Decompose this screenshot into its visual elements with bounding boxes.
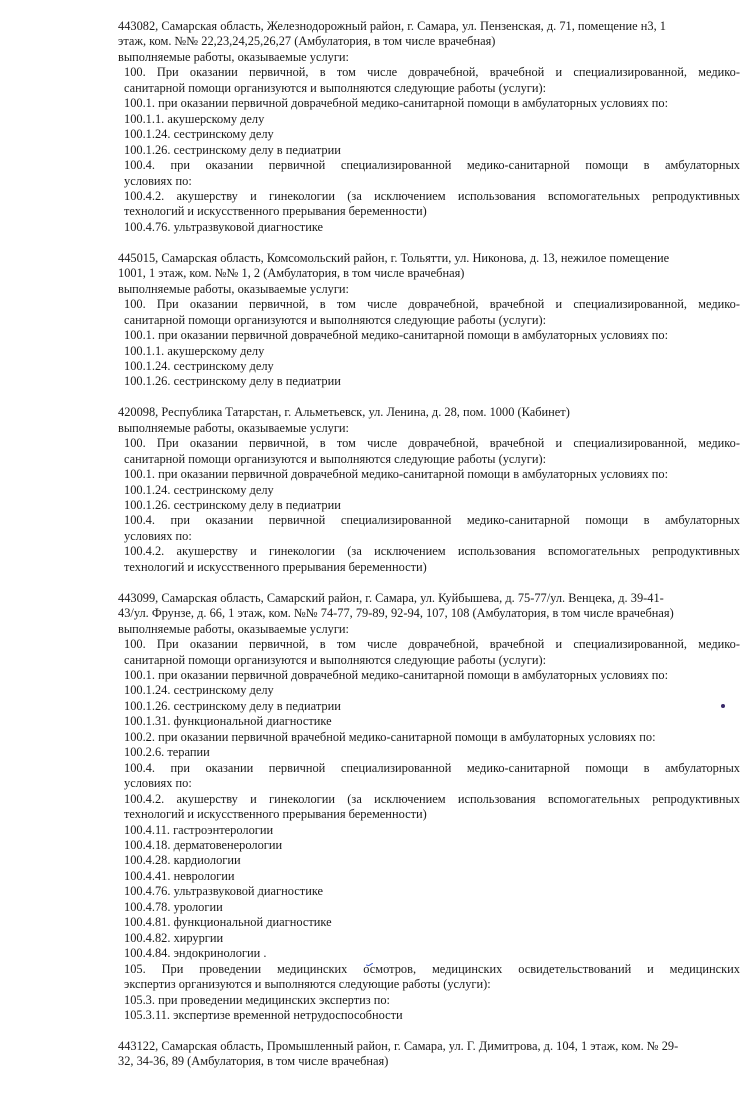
address-line: 420098, Республика Татарстан, г. Альметь… — [118, 405, 740, 420]
service-item: 100.4.2. акушерству и гинекологии (за ис… — [118, 792, 740, 807]
service-item: технологий и искусственного прерывания б… — [118, 204, 740, 219]
services-heading: выполняемые работы, оказываемые услуги: — [118, 622, 740, 637]
pen-tick-mark-icon — [366, 963, 373, 966]
service-item: санитарной помощи организуются и выполня… — [118, 81, 740, 96]
address-line: 443099, Самарская область, Самарский рай… — [118, 591, 740, 606]
service-item: 100. При оказании первичной, в том числе… — [118, 436, 740, 451]
service-item: экспертиз организуются и выполняются сле… — [118, 977, 740, 992]
service-item: 100.1.31. функциональной диагностике — [118, 714, 740, 729]
service-item: 100.4.76. ультразвуковой диагностике — [118, 884, 740, 899]
service-item: 100.4.2. акушерству и гинекологии (за ис… — [118, 544, 740, 559]
service-item: 100.1.26. сестринскому делу в педиатрии — [118, 498, 740, 513]
location-block: 443082, Самарская область, Железнодорожн… — [118, 19, 740, 235]
service-item: санитарной помощи организуются и выполня… — [118, 313, 740, 328]
service-item: 100.4. при оказании первичной специализи… — [118, 761, 740, 776]
service-item: 100.1.1. акушерскому делу — [118, 344, 740, 359]
address-line: 445015, Самарская область, Комсомольский… — [118, 251, 740, 266]
service-item: 100.1.26. сестринскому делу в педиатрии — [118, 143, 740, 158]
address-line: этаж, ком. №№ 22,23,24,25,26,27 (Амбулат… — [118, 34, 740, 49]
service-item: 100.2.6. терапии — [118, 745, 740, 760]
service-item: 100.1.1. акушерскому делу — [118, 112, 740, 127]
service-item: 100.4.11. гастроэнтерологии — [118, 823, 740, 838]
service-item: 100.4.76. ультразвуковой диагностике — [118, 220, 740, 235]
document-page: 443082, Самарская область, Железнодорожн… — [118, 19, 740, 1085]
service-item: 100.2. при оказании первичной врачебной … — [118, 730, 740, 745]
address-line: 443122, Самарская область, Промышленный … — [118, 1039, 740, 1054]
services-heading: выполняемые работы, оказываемые услуги: — [118, 50, 740, 65]
service-item: условиях по: — [118, 776, 740, 791]
service-item: 100.1.24. сестринскому делу — [118, 683, 740, 698]
service-item: санитарной помощи организуются и выполня… — [118, 452, 740, 467]
service-item: 100.4.81. функциональной диагностике — [118, 915, 740, 930]
service-item: 100. При оказании первичной, в том числе… — [118, 65, 740, 80]
service-item: 100.4.84. эндокринологии . — [118, 946, 740, 961]
service-item: 100. При оказании первичной, в том числе… — [118, 297, 740, 312]
service-item: 100.1.26. сестринскому делу в педиатрии — [118, 699, 740, 714]
service-item: условиях по: — [118, 174, 740, 189]
service-item: 100.4.41. неврологии — [118, 869, 740, 884]
service-item: 100.4.28. кардиологии — [118, 853, 740, 868]
service-item: 100.1.24. сестринскому делу — [118, 359, 740, 374]
service-item: 100.4. при оказании первичной специализи… — [118, 158, 740, 173]
service-item: 100.1. при оказании первичной доврачебно… — [118, 96, 740, 111]
service-item: 100.1. при оказании первичной доврачебно… — [118, 328, 740, 343]
service-item: 100.4.82. хирургии — [118, 931, 740, 946]
address-line: 443082, Самарская область, Железнодорожн… — [118, 19, 740, 34]
address-line: 1001, 1 этаж, ком. №№ 1, 2 (Амбулатория,… — [118, 266, 740, 281]
service-item: 105. При проведении медицинских осмотров… — [118, 962, 740, 977]
ink-dot — [721, 704, 725, 708]
service-item: 100.1.26. сестринскому делу в педиатрии — [118, 374, 740, 389]
service-item: условиях по: — [118, 529, 740, 544]
service-item: 100.4. при оказании первичной специализи… — [118, 513, 740, 528]
service-item: 100. При оказании первичной, в том числе… — [118, 637, 740, 652]
service-item: санитарной помощи организуются и выполня… — [118, 653, 740, 668]
address-line: 32, 34-36, 89 (Амбулатория, в том числе … — [118, 1054, 740, 1069]
service-item: 100.1.24. сестринскому делу — [118, 127, 740, 142]
service-item: 100.1. при оказании первичной доврачебно… — [118, 467, 740, 482]
address-line: 43/ул. Фрунзе, д. 66, 1 этаж, ком. №№ 74… — [118, 606, 740, 621]
service-item: 105.3.11. экспертизе временной нетрудосп… — [118, 1008, 740, 1023]
location-block: 443099, Самарская область, Самарский рай… — [118, 591, 740, 1024]
service-item: 100.4.18. дерматовенерологии — [118, 838, 740, 853]
location-block: 420098, Республика Татарстан, г. Альметь… — [118, 405, 740, 575]
location-block: 445015, Самарская область, Комсомольский… — [118, 251, 740, 390]
service-item: 100.1.24. сестринскому делу — [118, 483, 740, 498]
services-heading: выполняемые работы, оказываемые услуги: — [118, 421, 740, 436]
service-item: 105.3. при проведении медицинских экспер… — [118, 993, 740, 1008]
services-heading: выполняемые работы, оказываемые услуги: — [118, 282, 740, 297]
service-item: 100.4.2. акушерству и гинекологии (за ис… — [118, 189, 740, 204]
service-item: 100.1. при оказании первичной доврачебно… — [118, 668, 740, 683]
service-item: технологий и искусственного прерывания б… — [118, 807, 740, 822]
location-block: 443122, Самарская область, Промышленный … — [118, 1039, 740, 1070]
service-item: технологий и искусственного прерывания б… — [118, 560, 740, 575]
service-item: 100.4.78. урологии — [118, 900, 740, 915]
